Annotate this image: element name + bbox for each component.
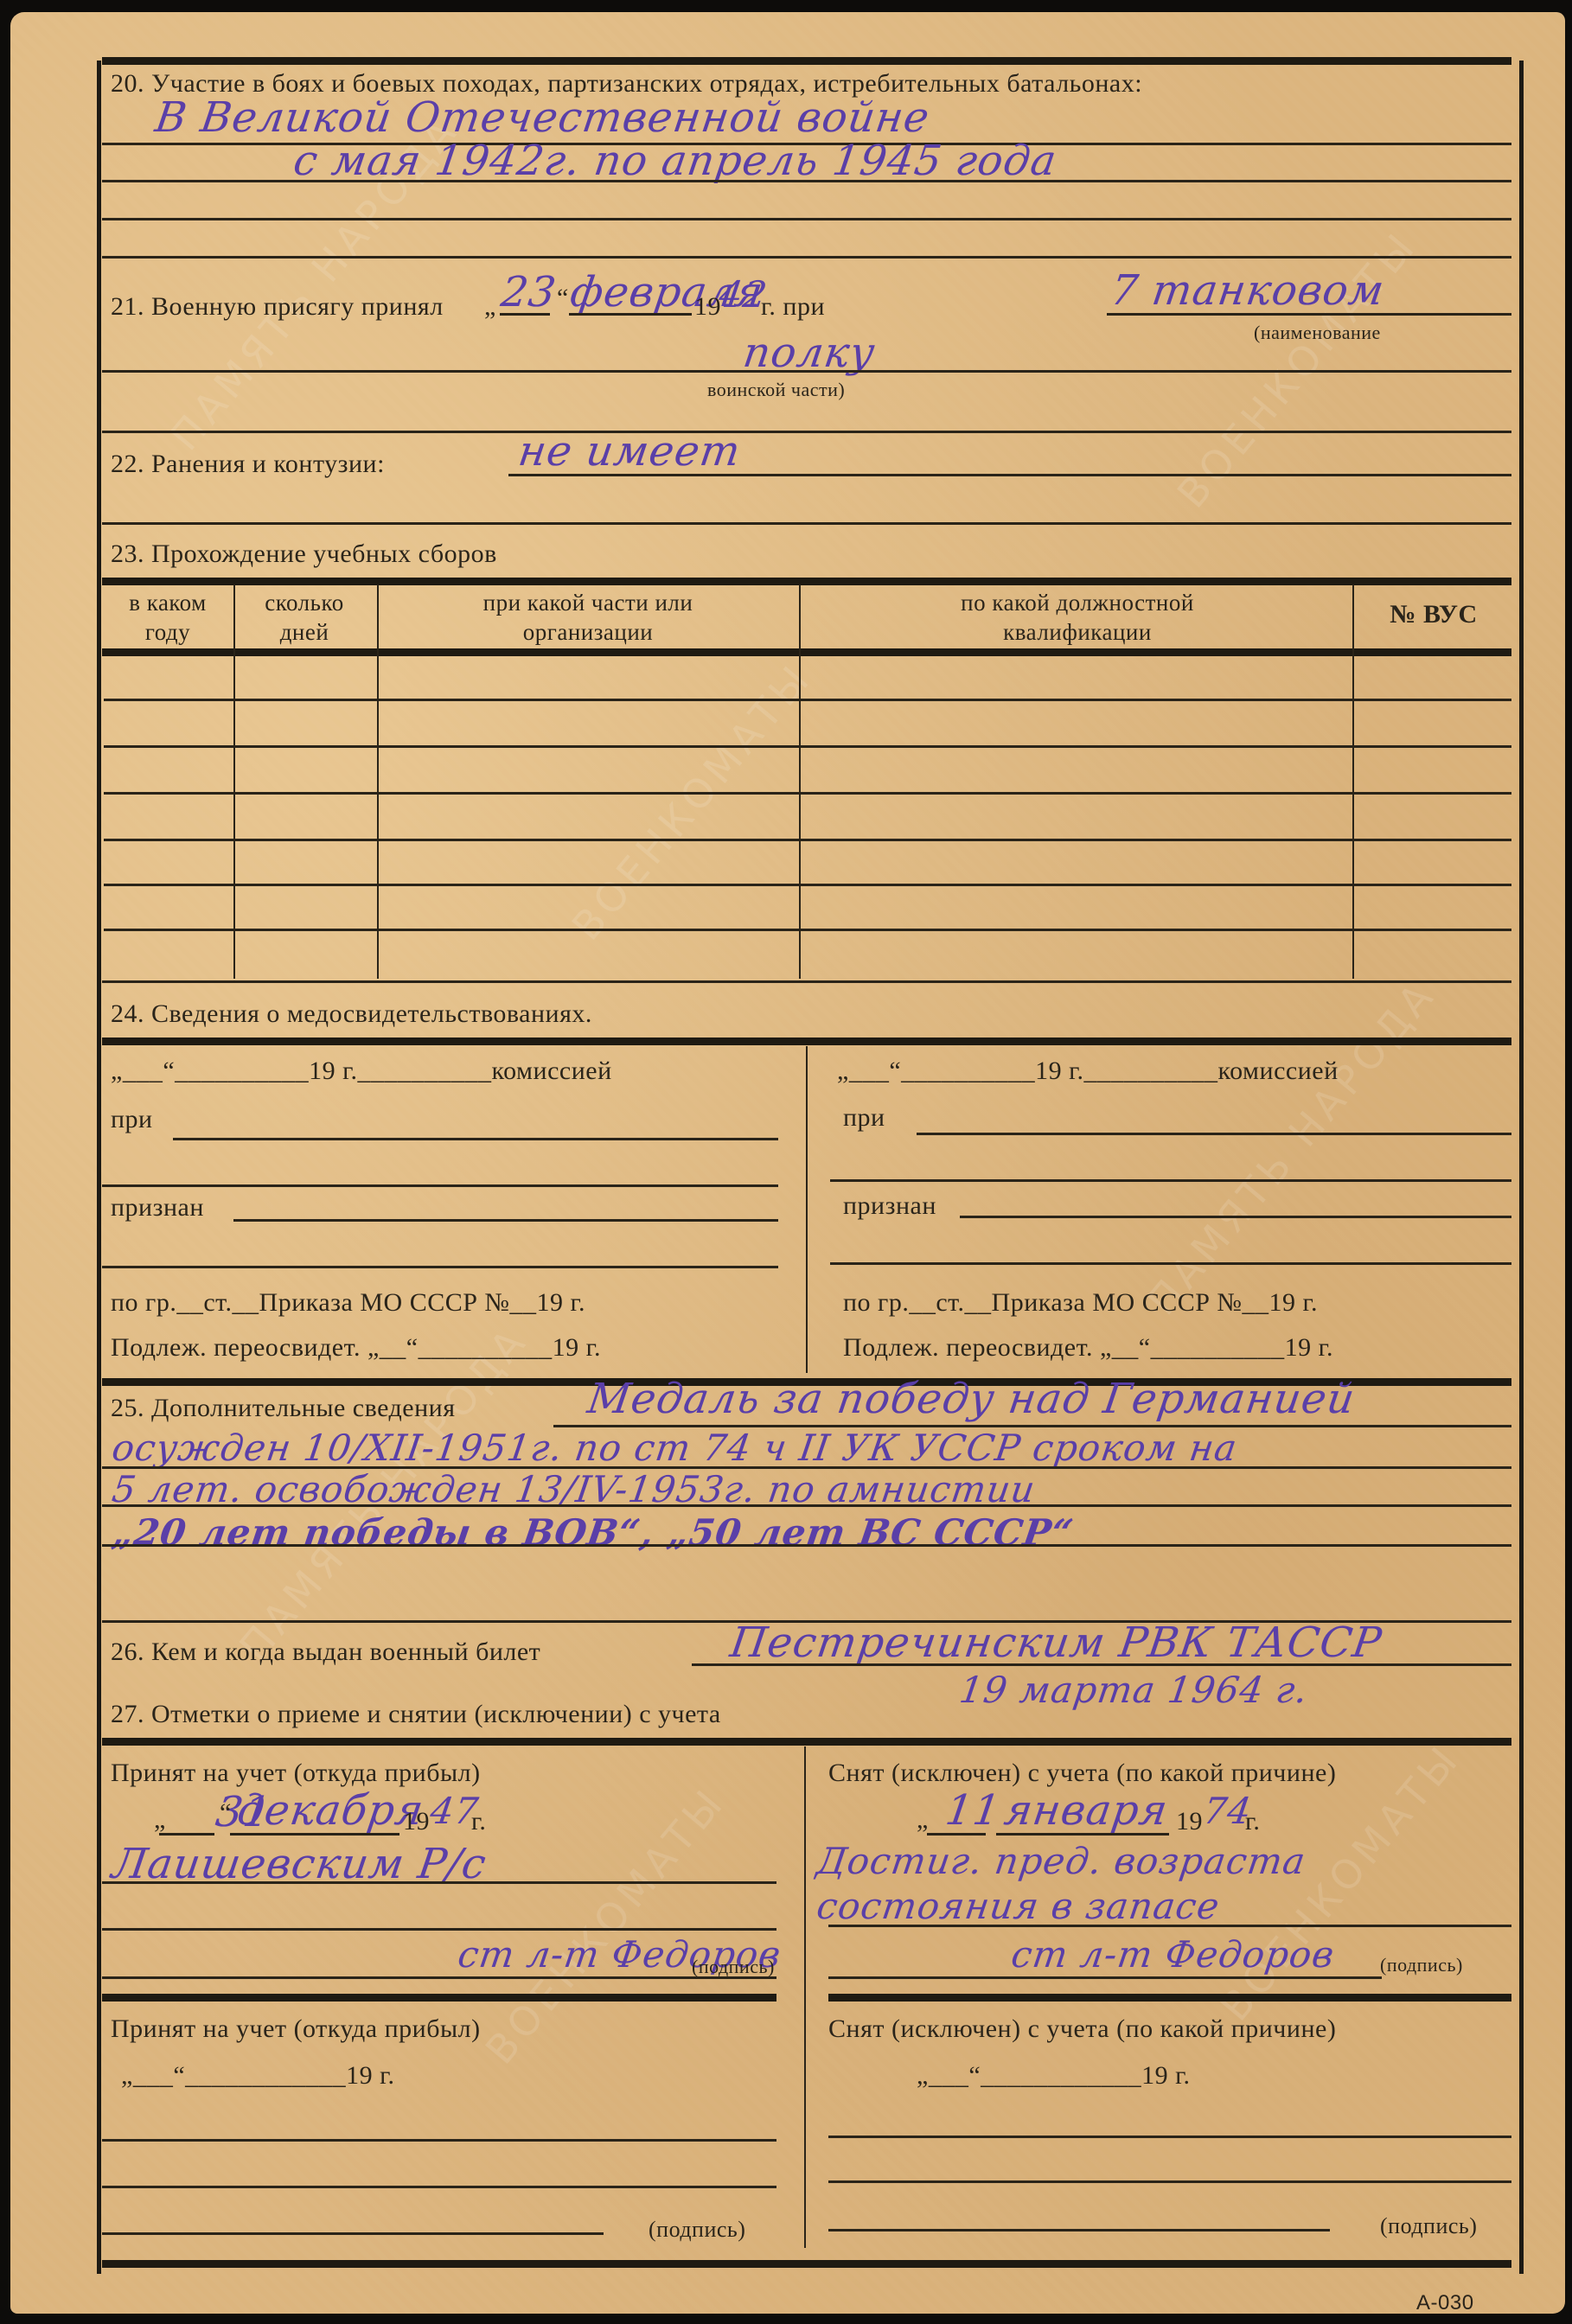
line [102, 1504, 1511, 1507]
medexam-left-date: „___“__________19 г.__________комиссией [111, 1057, 612, 1086]
column-divider [806, 1046, 808, 1373]
accept-1-year-prefix: 19 [403, 1807, 430, 1836]
section-26-label: 26. Кем и когда выдан военный билет [111, 1638, 540, 1667]
oath-year-g: г. при [761, 292, 825, 322]
col-header-qual-1: по какой должностной [802, 590, 1352, 616]
medexam-left-priznan: признан [111, 1193, 204, 1223]
line [102, 180, 1511, 182]
line [102, 1266, 778, 1268]
line [996, 1833, 1169, 1836]
line [960, 1216, 1511, 1218]
line [828, 1925, 1511, 1927]
medexam-right-order: по гр.__ст.__Приказа МО СССР №__19 г. [843, 1288, 1318, 1318]
column-divider [377, 584, 379, 979]
additional-info-line-4: „20 лет победы в ВОВ“, „50 лет ВС СССР“ [110, 1511, 1077, 1554]
table-row [104, 699, 1511, 701]
medexam-right-priznan: признан [843, 1191, 936, 1221]
section-22-value: не имеет [515, 427, 744, 476]
line [828, 1976, 1382, 1979]
quote-open: „ [154, 1805, 166, 1835]
section-22-label: 22. Ранения и контузии: [111, 450, 385, 479]
table-row [104, 884, 1511, 886]
medexam-right-reexam: Подлеж. переосвидет. „__“__________19 г. [843, 1333, 1333, 1363]
remove-1-label: Снят (исключен) с учета (по какой причин… [828, 1759, 1336, 1788]
section-24-label: 24. Сведения о медосвидетельствованиях. [111, 999, 592, 1029]
line [828, 2136, 1511, 2138]
line [159, 1833, 214, 1836]
divider [102, 1738, 1511, 1746]
remove-1-year-prefix: 19 [1176, 1807, 1203, 1836]
column-divider [799, 584, 801, 979]
oath-unit-line1: 7 танковом [1108, 266, 1388, 315]
accept-1-label: Принят на учет (откуда прибыл) [111, 1759, 481, 1788]
divider [828, 1994, 1511, 2002]
divider [102, 648, 1511, 656]
column-divider [1352, 584, 1354, 979]
table-row [104, 839, 1511, 841]
line [102, 2186, 776, 2188]
remove-1-g: г. [1245, 1807, 1260, 1836]
table-row [104, 745, 1511, 748]
column-divider [233, 584, 235, 979]
line [830, 1179, 1511, 1182]
col-header-qual-2: квалификации [802, 619, 1352, 646]
additional-info-line-1: Медаль за победу над Германией [585, 1375, 1358, 1423]
remove-1-reason-line1: Достиг. пред. возраста [815, 1840, 1309, 1882]
line [102, 1184, 778, 1187]
remove-2-date: „___“____________19 г. [917, 2061, 1191, 2091]
line [500, 313, 550, 316]
signature-line [102, 2232, 604, 2235]
line [102, 980, 1511, 983]
col-header-days-2: дней [235, 619, 374, 646]
line [692, 1663, 1511, 1666]
line [102, 431, 1511, 433]
remove-1-day: 11 [943, 1786, 1004, 1835]
hint-name: (наименование [1254, 322, 1381, 344]
ticket-issued-date: 19 марта 1964 г. [957, 1669, 1311, 1711]
line [569, 313, 692, 316]
medexam-left-reexam: Подлеж. переосвидет. „__“__________19 г. [111, 1333, 601, 1363]
section-27-label: 27. Отметки о приеме и снятии (исключени… [111, 1700, 721, 1729]
divider [102, 578, 1511, 585]
table-row [104, 792, 1511, 795]
line [102, 256, 1511, 259]
accept-2-date: „___“____________19 г. [121, 2061, 395, 2091]
ticket-issued-by: Пестречинским РВК ТАССР [727, 1618, 1385, 1667]
line [102, 522, 1511, 525]
line [102, 1881, 776, 1884]
line [828, 2180, 1511, 2183]
col-header-unit-1: при какой части или [380, 590, 796, 616]
line [1107, 313, 1511, 316]
medexam-right-pri: при [843, 1103, 885, 1133]
accept-2-label: Принят на учет (откуда прибыл) [111, 2014, 481, 2044]
oath-day: 23 [498, 268, 559, 316]
form-code: А-030 [1416, 2291, 1474, 2315]
quote-close: “ [557, 284, 569, 313]
col-header-days-1: сколько [235, 590, 374, 616]
table-row [104, 929, 1511, 931]
section-20-value-line1: В Великой Отечественной войне [152, 93, 933, 142]
section-23-label: 23. Прохождение учебных сборов [111, 539, 497, 569]
medexam-left-pri: при [111, 1105, 153, 1134]
line [173, 1138, 778, 1140]
remove-2-sign-hint: (подпись) [1380, 2213, 1477, 2239]
column-divider [804, 1746, 806, 2248]
medexam-left-order: по гр.__ст.__Приказа МО СССР №__19 г. [111, 1288, 585, 1318]
divider [102, 2260, 1511, 2268]
line [102, 1976, 776, 1979]
hint-unit: воинской части) [707, 379, 845, 401]
remove-2-label: Снят (исключен) с учета (по какой причин… [828, 2014, 1336, 2044]
remove-1-sign-hint: (подпись) [1380, 1954, 1463, 1976]
col-header-year-1: в каком [102, 590, 233, 616]
additional-info-line-2: осужден 10/XII-1951г. по ст 74 ч II УК У… [110, 1427, 1241, 1469]
signature-line [828, 2229, 1330, 2231]
line [917, 1133, 1511, 1135]
quote-open: „ [917, 1805, 929, 1835]
line [830, 1262, 1511, 1265]
section-20-value-line2: с мая 1942г. по апрель 1945 года [291, 137, 1060, 185]
remove-1-month: января [1001, 1786, 1171, 1835]
line [102, 218, 1511, 220]
accept-1-month: декабря [234, 1786, 427, 1835]
remove-1-signature: ст л-т Федоров [1009, 1933, 1338, 1976]
section-21-label: 21. Военную присягу принял [111, 292, 444, 322]
line [102, 1928, 776, 1931]
col-header-year-2: году [102, 619, 233, 646]
line [927, 1833, 986, 1836]
line [102, 1544, 1511, 1547]
line [102, 2139, 776, 2142]
accept-2-sign-hint: (подпись) [649, 2217, 745, 2243]
line [233, 1219, 778, 1222]
line [102, 370, 1511, 373]
section-25-label: 25. Дополнительные сведения [111, 1394, 456, 1423]
divider [102, 1994, 776, 2002]
accept-1-g: г. [471, 1807, 486, 1836]
remove-1-reason-line2: состояния в запасе [815, 1885, 1223, 1927]
col-header-vus: № ВУС [1356, 600, 1511, 629]
col-header-unit-2: организации [380, 619, 796, 646]
divider [102, 1037, 1511, 1045]
line [508, 474, 1511, 476]
divider [102, 57, 1511, 65]
quote-open: „ [484, 292, 496, 322]
medexam-right-date: „___“__________19 г.__________комиссией [837, 1057, 1339, 1086]
quote-close: “ [220, 1798, 232, 1828]
accept-1-sign-hint: (подпись) [692, 1956, 775, 1978]
line [230, 1833, 399, 1836]
